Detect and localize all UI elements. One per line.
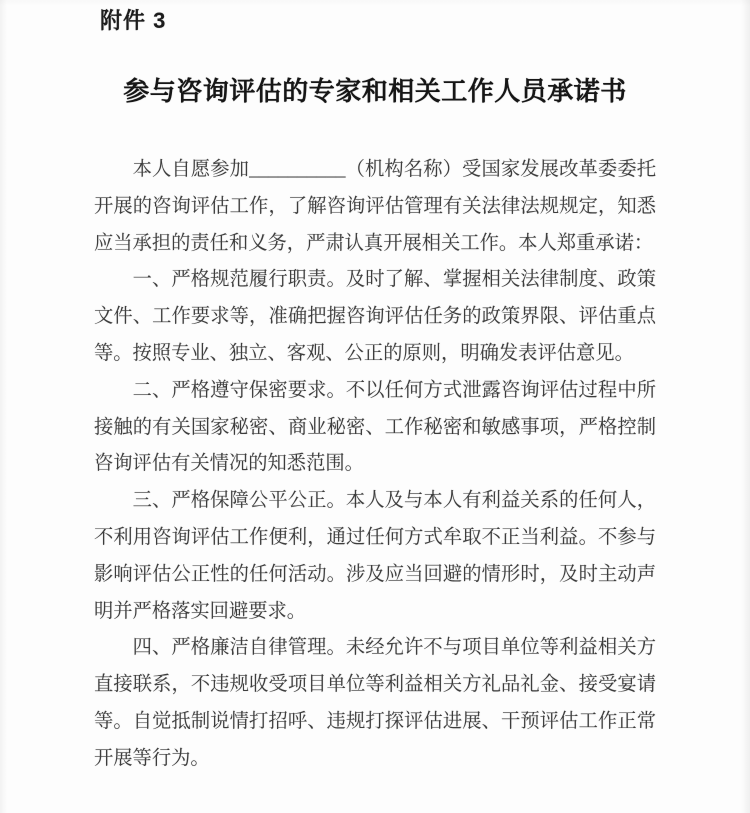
- intro-paragraph: 本人自愿参加__________（机构名称）受国家发展改革委委托开展的咨询评估工…: [94, 152, 656, 262]
- commitment-item-2: 二、严格遵守保密要求。不以任何方式泄露咨询评估过程中所接触的有关国家秘密、商业秘…: [94, 373, 656, 483]
- intro-text-before-blank: 本人自愿参加: [133, 159, 249, 180]
- document-page: 附件 3 参与咨询评估的专家和相关工作人员承诺书 本人自愿参加_________…: [0, 0, 750, 813]
- fill-in-blank-line: __________: [249, 152, 345, 189]
- attachment-label: 附件 3: [100, 6, 750, 36]
- document-body: 本人自愿参加__________（机构名称）受国家发展改革委委托开展的咨询评估工…: [94, 152, 656, 778]
- scanned-document-page: { "page": { "paper_color": "#fdfdfd", "i…: [0, 0, 750, 813]
- document-title: 参与咨询评估的专家和相关工作人员承诺书: [0, 72, 750, 112]
- commitment-item-1: 一、严格规范履行职责。及时了解、掌握相关法律制度、政策文件、工作要求等，准确把握…: [94, 262, 656, 372]
- commitment-item-3: 三、严格保障公平公正。本人及与本人有利益关系的任何人，不利用咨询评估工作便利，通…: [94, 483, 656, 630]
- commitment-item-4: 四、严格廉洁自律管理。未经允许不与项目单位等利益相关方直接联系，不违规收受项目单…: [94, 630, 656, 777]
